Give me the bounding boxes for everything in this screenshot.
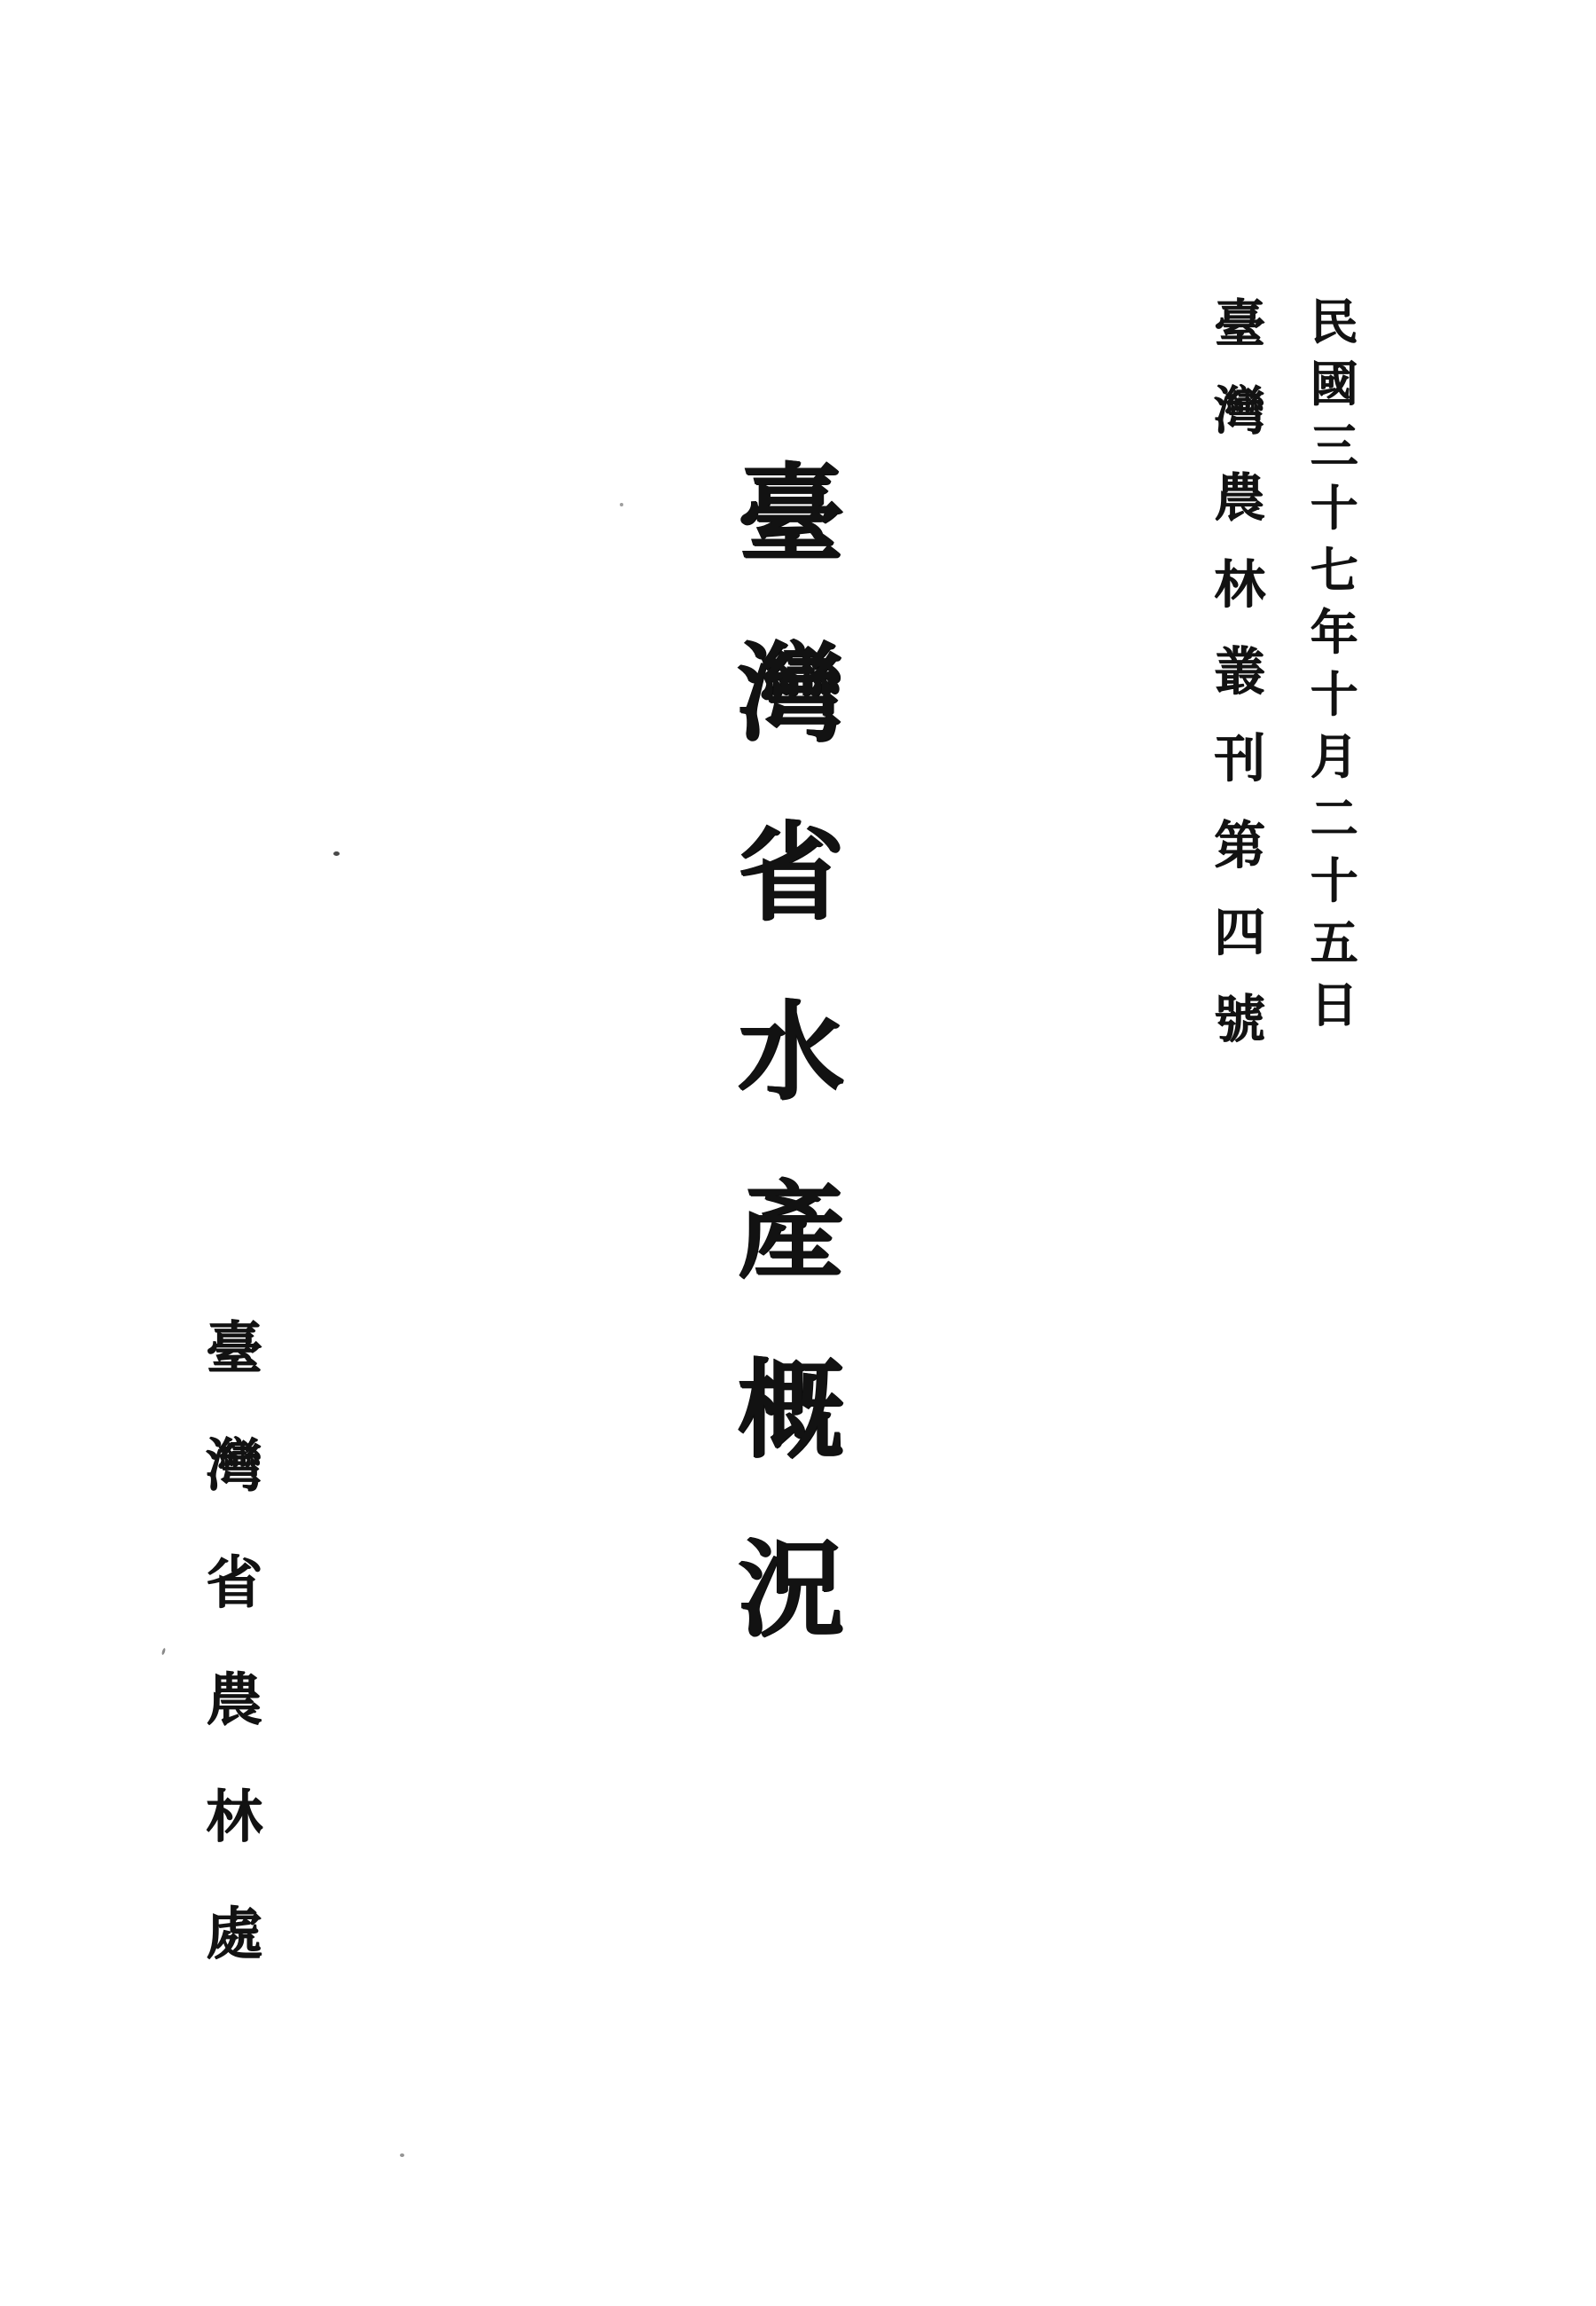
scan-speck bbox=[333, 851, 340, 856]
series-number-text: 臺灣農林叢刊第四號 bbox=[1209, 296, 1261, 1078]
publisher-text: 臺灣省農林處 bbox=[200, 1318, 257, 2020]
scan-speck bbox=[161, 1648, 166, 1656]
scan-speck bbox=[400, 2153, 404, 2157]
book-title: 臺灣省水產概況 bbox=[729, 458, 835, 1712]
publication-date-text: 民國三十七年十月二十五日 bbox=[1307, 296, 1355, 1041]
scan-speck bbox=[620, 503, 623, 506]
book-cover-page: 民國三十七年十月二十五日 臺灣農林叢刊第四號 臺灣省水產概況 臺灣省農林處 bbox=[0, 0, 1596, 2306]
